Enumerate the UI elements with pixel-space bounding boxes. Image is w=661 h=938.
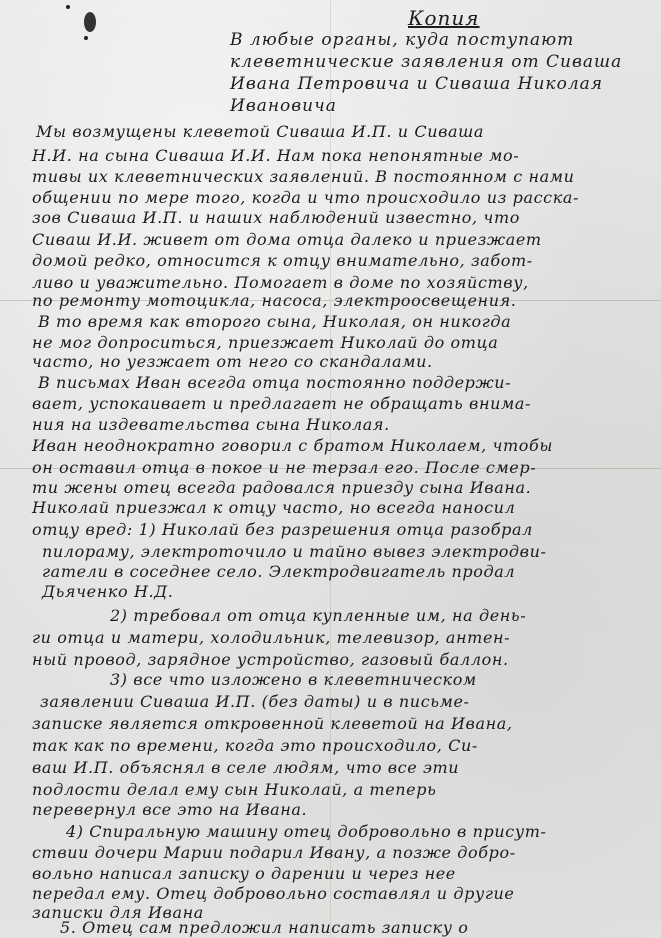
body-line: ти жены отец всегда радовался приезду сы… (32, 478, 531, 497)
body-line: Иван неоднократно говорил с братом Никол… (32, 436, 553, 455)
body-line: не мог допроситься, приезжает Николай до… (32, 333, 498, 352)
body-line: гатели в соседнее село. Электродвигатель… (42, 562, 515, 581)
body-line: подлости делал ему сын Николай, а теперь (32, 780, 436, 799)
header-line: Ивана Петровича и Сиваша Николая (230, 74, 603, 94)
body-line: отцу вред: 1) Николай без разрешения отц… (32, 520, 533, 539)
body-line: записке является откровенной клеветой на… (32, 714, 513, 733)
body-line: Сиваш И.И. живет от дома отца далеко и п… (32, 230, 542, 249)
body-line: так как по времени, когда это происходил… (32, 736, 478, 755)
body-line: он оставил отца в покое и не терзал его.… (32, 458, 536, 477)
body-line: ный провод, зарядное устройство, газовый… (32, 650, 509, 669)
body-line: Николай приезжал к отцу часто, но всегда… (32, 498, 515, 517)
body-line: часто, но уезжает от него со скандалами. (32, 352, 433, 371)
body-line: перевернул все это на Ивана. (32, 800, 307, 819)
body-line: В письмах Иван всегда отца постоянно под… (38, 373, 511, 392)
body-line: ливо и уважительно. Помогает в доме по х… (32, 273, 529, 292)
body-line: В то время как второго сына, Николая, он… (38, 312, 511, 331)
body-line: 5. Отец сам предложил написать записку о (60, 918, 469, 937)
body-line: пилораму, электроточило и тайно вывез эл… (42, 542, 547, 561)
body-line: вает, успокаивает и предлагает не обраща… (32, 394, 531, 413)
body-line: ствии дочери Марии подарил Ивану, а позж… (32, 843, 516, 862)
body-line: вольно написал записку о дарении и через… (32, 864, 456, 883)
header-line: Ивановича (230, 96, 337, 116)
ink-dot (84, 36, 88, 40)
header-line: В любые органы, куда поступают (230, 30, 574, 50)
body-line: Дьяченко Н.Д. (42, 582, 173, 601)
body-line: ваш И.П. объяснял в селе людям, что все … (32, 758, 459, 777)
body-line: по ремонту мотоцикла, насоса, электроосв… (32, 291, 516, 310)
body-line: зов Сиваша И.П. и наших наблюдений извес… (32, 208, 520, 227)
header-line: клеветнические заявления от Сиваша (230, 52, 622, 72)
punch-hole-mark (84, 12, 96, 32)
body-line: Мы возмущены клеветой Сиваша И.П. и Сива… (36, 122, 484, 141)
body-line: 3) все что изложено в клеветническом (110, 670, 477, 689)
ink-dot (66, 5, 70, 9)
body-line: 4) Спиральную машину отец добровольно в … (66, 822, 547, 841)
body-line: ги отца и матери, холодильник, телевизор… (32, 628, 510, 647)
document-title: Копия (408, 6, 480, 30)
body-line: заявлении Сиваша И.П. (без даты) и в пис… (40, 692, 470, 711)
body-line: домой редко, относится к отцу внимательн… (32, 251, 533, 270)
body-line: 2) требовал от отца купленные им, на ден… (110, 606, 526, 625)
body-line: передал ему. Отец добровольно составлял … (32, 884, 515, 903)
body-line: Н.И. на сына Сиваша И.И. Нам пока непоня… (32, 146, 519, 165)
body-line: тивы их клеветнических заявлений. В пост… (32, 167, 575, 186)
body-line: общении по мере того, когда и что происх… (32, 188, 579, 207)
body-line: ния на издевательства сына Николая. (32, 415, 390, 434)
